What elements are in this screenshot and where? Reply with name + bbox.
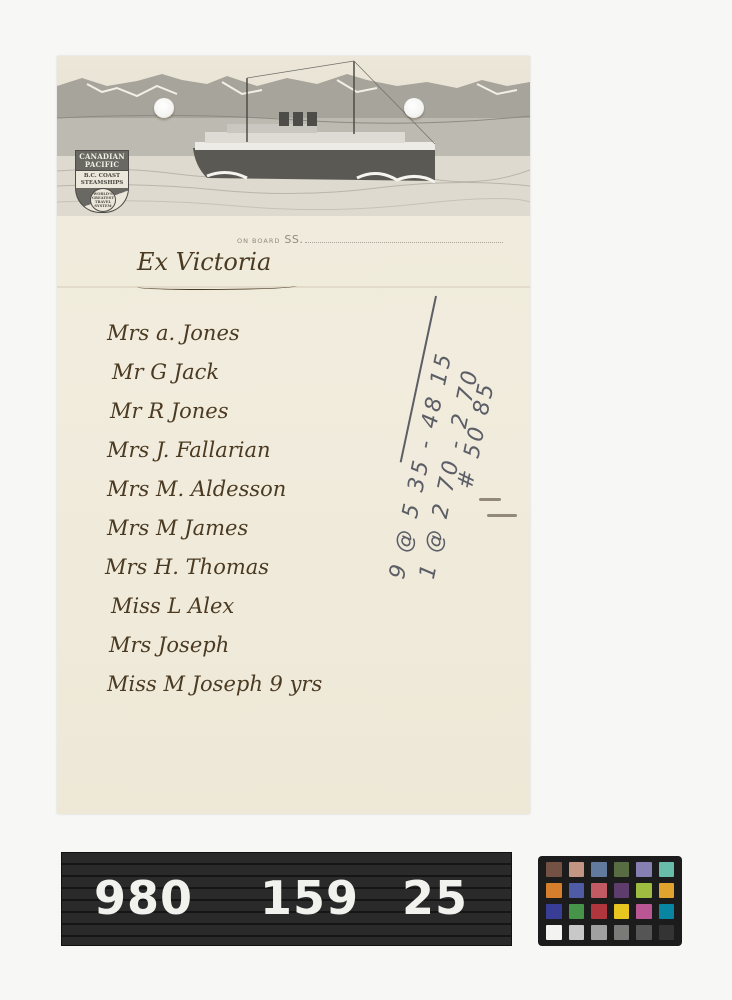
- color-swatch: [614, 862, 630, 877]
- passenger-entry: Miss L Alex: [111, 587, 326, 626]
- edge-stain: [479, 498, 501, 501]
- passenger-entry: Mrs a. Jones: [107, 314, 322, 353]
- passenger-entry: Mrs H. Thomas: [105, 548, 320, 587]
- color-swatch: [659, 883, 675, 898]
- handwritten-heading: Ex Victoria: [137, 248, 271, 276]
- color-swatch: [614, 925, 630, 940]
- crest-badge: WORLD'S GREATEST TRAVEL SYSTEM: [90, 188, 116, 212]
- passenger-entry: Mrs M. Aldesson: [107, 470, 322, 509]
- color-swatch: [569, 925, 585, 940]
- passenger-entry: Mr G Jack: [112, 353, 327, 392]
- crest-company-name: CANADIAN PACIFIC: [75, 150, 129, 171]
- punch-hole-right: [404, 98, 424, 118]
- color-swatch: [636, 925, 652, 940]
- color-swatch: [659, 925, 675, 940]
- color-swatch: [636, 862, 652, 877]
- passenger-entry: Mrs J. Fallarian: [107, 431, 322, 470]
- color-swatch: [569, 904, 585, 919]
- color-swatch: [659, 904, 675, 919]
- punch-hole-left: [154, 98, 174, 118]
- color-swatch: [591, 904, 607, 919]
- canadian-pacific-crest: CANADIAN PACIFIC B.C. COAST STEAMSHIPS W…: [75, 150, 129, 214]
- passenger-entry: Mrs Joseph: [109, 626, 324, 665]
- passenger-entry: Miss M Joseph 9 yrs: [107, 665, 322, 704]
- catalog-number-part: 25: [402, 871, 468, 925]
- on-board-ss-line: ON BOARD SS.: [237, 233, 503, 246]
- color-swatch: [546, 904, 562, 919]
- catalog-number-board: 980 159 25: [61, 852, 512, 946]
- color-swatch: [614, 904, 630, 919]
- letterhead: CANADIAN PACIFIC B.C. COAST STEAMSHIPS W…: [57, 56, 530, 216]
- on-board-label: ON BOARD: [237, 237, 280, 245]
- catalog-number-part: 980: [94, 871, 193, 925]
- color-swatch: [591, 862, 607, 877]
- color-swatch: [546, 925, 562, 940]
- color-swatch: [636, 883, 652, 898]
- color-swatch: [614, 883, 630, 898]
- color-swatch: [591, 925, 607, 940]
- fare-tally: 9 @ 5 35 - 48 15 1 @ 2 70 - 2 70 # 50 85: [375, 286, 505, 576]
- ship-name-blank: [305, 234, 503, 243]
- color-swatch: [569, 862, 585, 877]
- edge-stain: [487, 514, 517, 517]
- catalog-number-part: 159: [260, 871, 359, 925]
- passenger-list: Mrs a. Jones Mr G Jack Mr R Jones Mrs J.…: [107, 314, 322, 704]
- color-swatch: [591, 883, 607, 898]
- passenger-entry: Mrs M James: [107, 509, 322, 548]
- color-swatch: [636, 904, 652, 919]
- crest-division-name: B.C. COAST STEAMSHIPS: [75, 171, 129, 188]
- color-swatch: [546, 883, 562, 898]
- letter-sheet: CANADIAN PACIFIC B.C. COAST STEAMSHIPS W…: [57, 56, 530, 814]
- heading-underline: [137, 283, 297, 290]
- passenger-entry: Mr R Jones: [110, 392, 325, 431]
- ss-label: SS.: [284, 233, 303, 246]
- color-swatch: [659, 862, 675, 877]
- crest-shield-base: WORLD'S GREATEST TRAVEL SYSTEM: [75, 188, 129, 213]
- color-swatch: [569, 883, 585, 898]
- color-calibration-card: [538, 856, 682, 946]
- color-swatch: [546, 862, 562, 877]
